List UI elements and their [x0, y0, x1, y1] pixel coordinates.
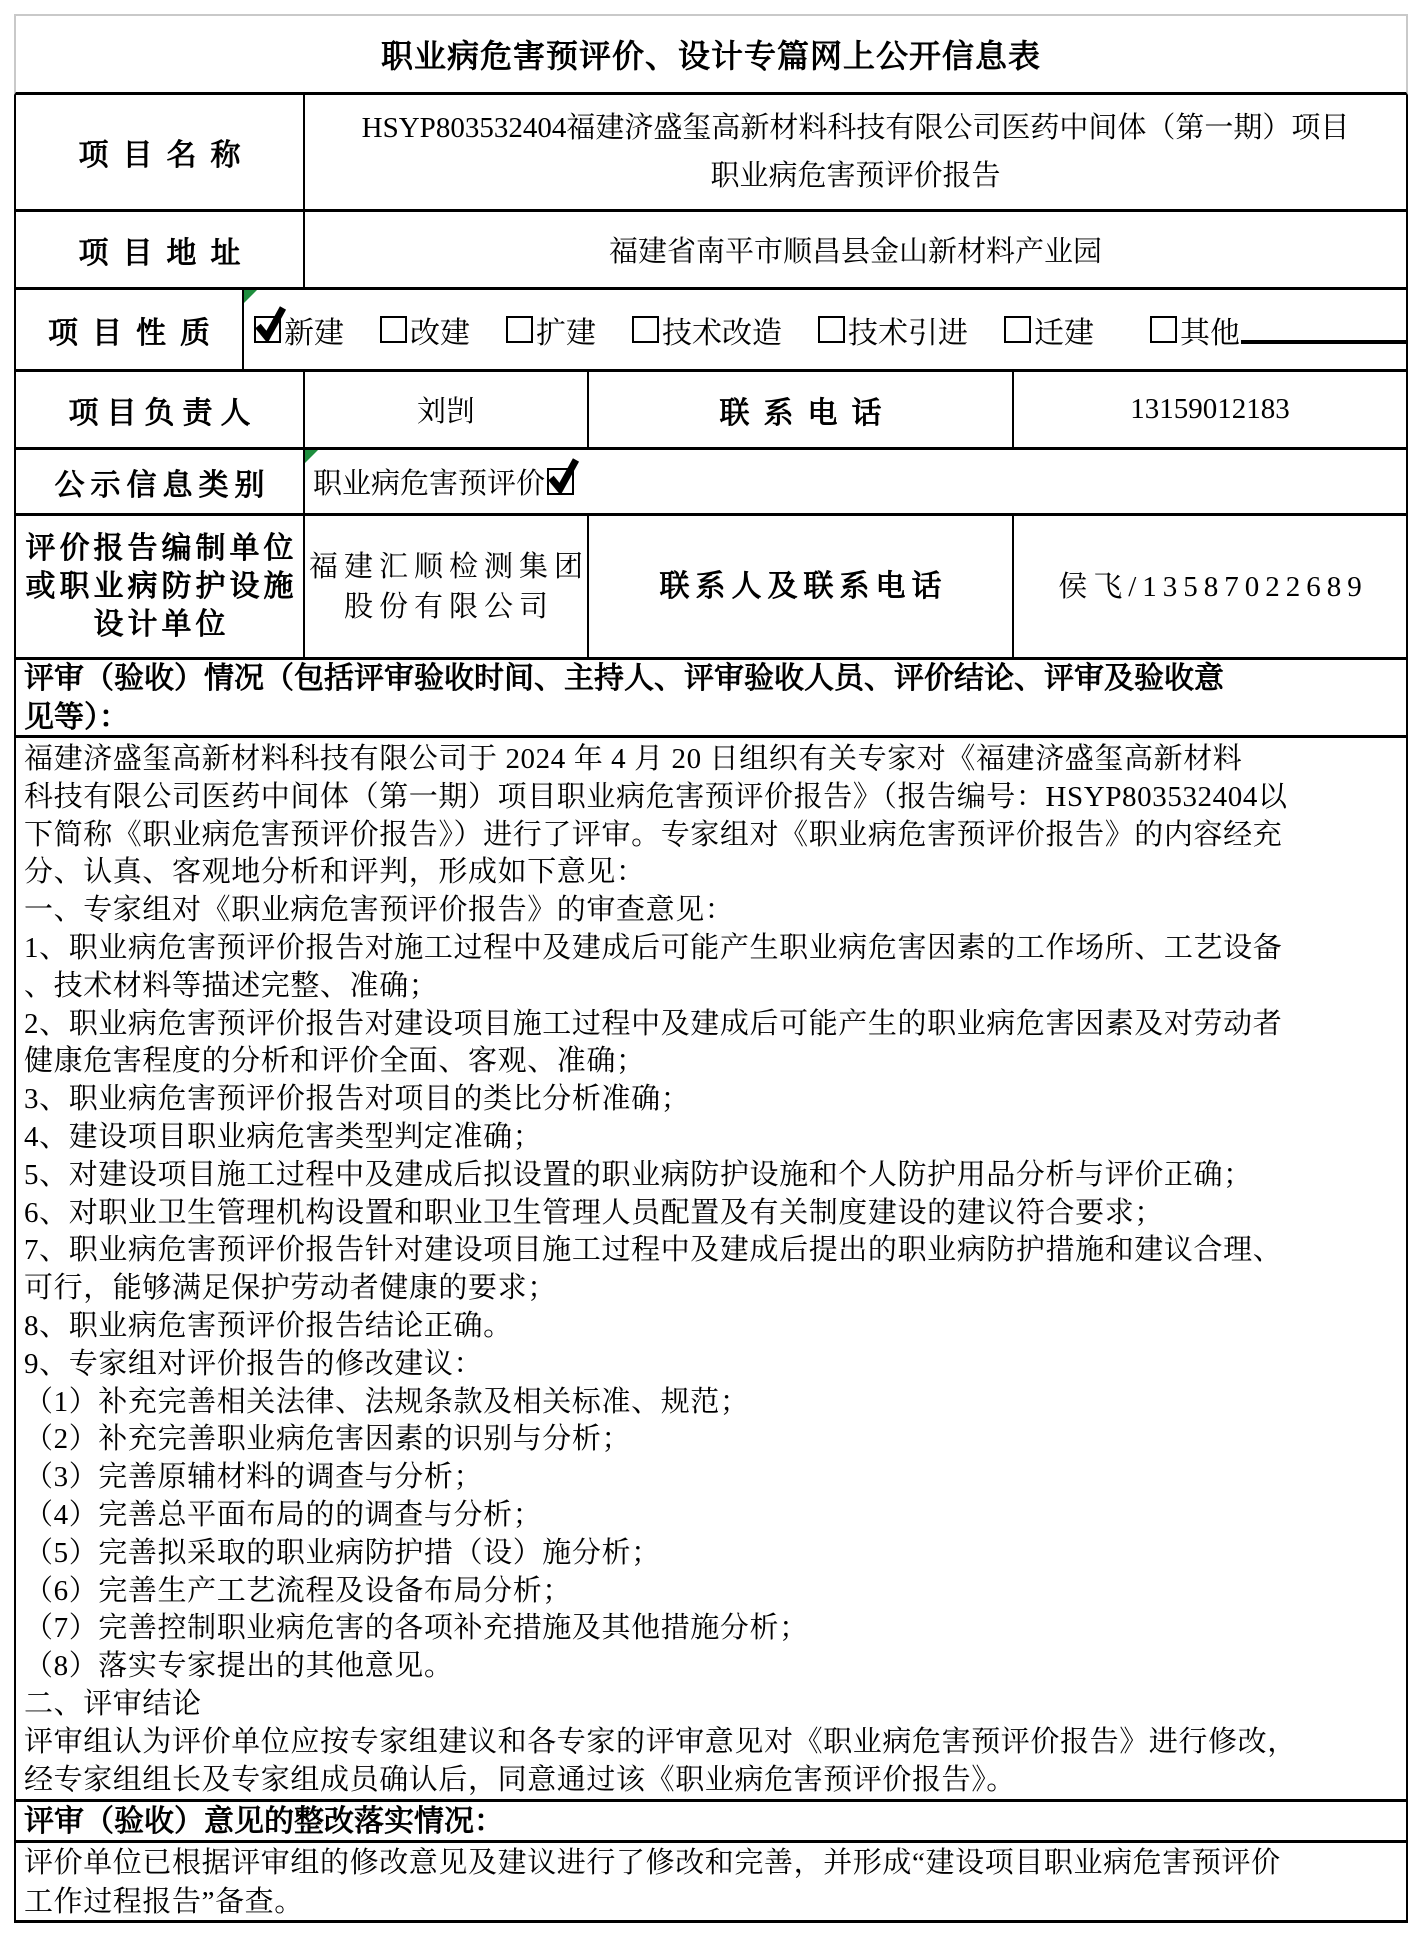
- contact-value-cell: 侯飞/13587022689: [1014, 516, 1406, 657]
- nature-option[interactable]: 扩建: [506, 308, 596, 352]
- phone-label-cell: 联系电话: [589, 372, 1014, 447]
- phone-label: 联系电话: [720, 388, 896, 432]
- nature-option[interactable]: 技术引进: [818, 308, 968, 352]
- checkbox-icon[interactable]: [380, 316, 407, 343]
- checkbox-icon[interactable]: [1150, 316, 1177, 343]
- checkbox-icon[interactable]: [254, 316, 281, 343]
- project-leader-label-cell: 项目负责人: [16, 372, 305, 447]
- project-name-value-cell: HSYP803532404福建济盛玺高新材料科技有限公司医药中间体（第一期）项目…: [305, 95, 1406, 209]
- nature-option[interactable]: 新建: [254, 308, 344, 352]
- publicity-type-value: 职业病危害预评价: [313, 461, 545, 502]
- project-name-label-cell: 项目名称: [16, 95, 305, 209]
- project-leader-value-cell: 刘剀: [305, 372, 589, 447]
- nature-option-label: 其他: [1180, 308, 1240, 352]
- row-publicity-type: 公示信息类别 职业病危害预评价: [14, 450, 1408, 516]
- publicity-type-value-cell: 职业病危害预评价: [305, 450, 1406, 513]
- report-unit-label: 评价报告编制单位 或职业病防护设施 设计单位: [26, 530, 298, 644]
- report-unit-name: 福建汇顺检测集团 股份有限公司: [309, 547, 589, 627]
- project-leader-label: 项目负责人: [69, 388, 259, 432]
- row-project-nature: 项目性质 新建: [14, 290, 1408, 372]
- nature-option[interactable]: 改建: [380, 308, 470, 352]
- checkbox-icon[interactable]: [506, 316, 533, 343]
- project-nature-label-cell: 项目性质: [16, 290, 244, 369]
- row-rectification-header: 评审（验收）意见的整改落实情况：: [14, 1802, 1408, 1843]
- nature-option-label: 技术改造: [662, 308, 782, 352]
- nature-option-label: 改建: [410, 308, 470, 352]
- project-address-label: 项目地址: [79, 228, 255, 272]
- checkbox-icon[interactable]: [547, 468, 574, 495]
- publicity-type-label-cell: 公示信息类别: [16, 450, 305, 513]
- row-project-name: 项目名称 HSYP803532404福建济盛玺高新材料科技有限公司医药中间体（第…: [14, 95, 1408, 212]
- project-address-value: 福建省南平市顺昌县金山新材料产业园: [305, 229, 1406, 270]
- contact-label-cell: 联系人及联系电话: [589, 516, 1014, 657]
- report-unit-value-cell: 福建汇顺检测集团 股份有限公司: [305, 516, 589, 657]
- review-body: 福建济盛玺高新材料科技有限公司于 2024 年 4 月 20 日组织有关专家对《…: [16, 738, 1406, 1799]
- row-project-leader: 项目负责人 刘剀 联系电话 13159012183: [14, 372, 1408, 450]
- nature-option[interactable]: 技术改造: [632, 308, 782, 352]
- row-report-unit: 评价报告编制单位 或职业病防护设施 设计单位 福建汇顺检测集团 股份有限公司 联…: [14, 516, 1408, 660]
- check-mark-icon: [547, 457, 579, 494]
- row-review-body: 福建济盛玺高新材料科技有限公司于 2024 年 4 月 20 日组织有关专家对《…: [14, 738, 1408, 1802]
- project-address-value-cell: 福建省南平市顺昌县金山新材料产业园: [305, 212, 1406, 287]
- publicity-type-label: 公示信息类别: [55, 460, 271, 504]
- page-title: 职业病危害预评价、设计专篇网上公开信息表: [381, 31, 1041, 77]
- row-rectification-body: 评价单位已根据评审组的修改意见及建议进行了修改和完善，并形成“建设项目职业病危害…: [14, 1843, 1408, 1923]
- checkbox-icon[interactable]: [1004, 316, 1031, 343]
- review-header: 评审（验收）情况（包括评审验收时间、主持人、评审验收人员、评价结论、评审及验收意…: [16, 659, 1406, 737]
- nature-option[interactable]: 迁建: [1004, 308, 1094, 352]
- title-row: 职业病危害预评价、设计专篇网上公开信息表: [14, 14, 1408, 95]
- project-nature-options-cell: 新建 改建: [244, 290, 1406, 369]
- project-name-value: HSYP803532404福建济盛玺高新材料科技有限公司医药中间体（第一期）项目…: [305, 104, 1406, 200]
- contact-value: 侯飞/13587022689: [1058, 567, 1368, 607]
- row-project-address: 项目地址 福建省南平市顺昌县金山新材料产业园: [14, 212, 1408, 290]
- project-name-label: 项目名称: [79, 130, 255, 174]
- checkbox-icon[interactable]: [818, 316, 845, 343]
- phone-number: 13159012183: [1130, 393, 1290, 426]
- check-mark-icon: [254, 305, 286, 342]
- excel-corner-marker-icon: [244, 290, 257, 303]
- excel-corner-marker-icon: [305, 450, 318, 463]
- checkbox-icon[interactable]: [632, 316, 659, 343]
- report-unit-label-cell: 评价报告编制单位 或职业病防护设施 设计单位: [16, 516, 305, 657]
- contact-label: 联系人及联系电话: [660, 568, 948, 606]
- nature-option-label: 技术引进: [848, 308, 968, 352]
- project-nature-label: 项目性质: [48, 308, 224, 352]
- project-address-label-cell: 项目地址: [16, 212, 305, 287]
- row-review-header: 评审（验收）情况（包括评审验收时间、主持人、评审验收人员、评价结论、评审及验收意…: [14, 660, 1408, 738]
- document-page: 职业病危害预评价、设计专篇网上公开信息表 项目名称 HSYP803532404福…: [0, 0, 1422, 1940]
- info-table: 职业病危害预评价、设计专篇网上公开信息表 项目名称 HSYP803532404福…: [14, 14, 1408, 1923]
- nature-option-label: 迁建: [1034, 308, 1094, 352]
- project-leader-name: 刘剀: [417, 389, 475, 430]
- phone-value-cell: 13159012183: [1014, 372, 1406, 447]
- nature-option-label: 扩建: [536, 308, 596, 352]
- nature-option[interactable]: 其他: [1150, 308, 1406, 352]
- nature-option-label: 新建: [284, 308, 344, 352]
- rectification-header: 评审（验收）意见的整改落实情况：: [16, 1802, 1406, 1841]
- blank-underline: [1241, 316, 1406, 344]
- rectification-body: 评价单位已根据评审组的修改意见及建议进行了修改和完善，并形成“建设项目职业病危害…: [16, 1843, 1406, 1922]
